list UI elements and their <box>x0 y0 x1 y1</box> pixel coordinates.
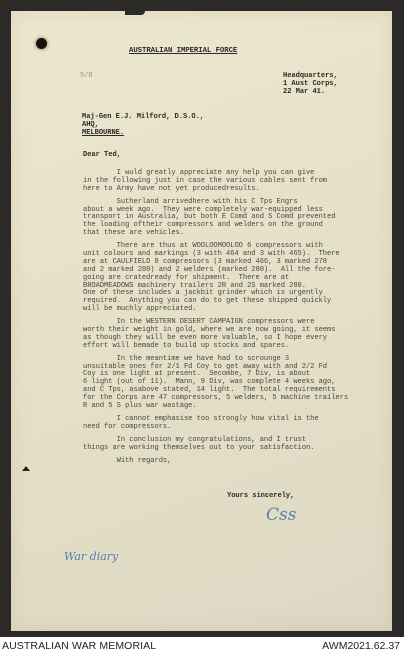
pencil-reference: 9/8 <box>80 72 93 80</box>
recipient-line: Maj-Gen E.J. Milford, D.S.O., <box>82 114 204 122</box>
body-line: that these are vehicles. <box>83 230 348 238</box>
body-line: here to Army have not yet producedresult… <box>83 186 348 194</box>
body-line: things are working themselves out to you… <box>83 445 348 453</box>
body-line: With regards, <box>83 458 348 466</box>
punch-hole <box>36 38 47 49</box>
paper-tear <box>125 11 145 15</box>
signature: Css <box>266 505 296 525</box>
body-line: R and 5 S plus war wastage. <box>83 403 348 411</box>
salutation: Dear Ted, <box>83 152 121 160</box>
handwritten-note: War diary <box>64 550 118 563</box>
ink-blot <box>22 466 30 471</box>
recipient-line: MELBOURNE. <box>82 130 124 138</box>
institution-label: AUSTRALIAN WAR MEMORIAL <box>2 640 156 652</box>
letter-body: I wuld greatly appreciate any help you c… <box>83 170 348 465</box>
body-line: effort will bemade to build up stocks an… <box>83 343 348 351</box>
document-heading: AUSTRALIAN IMPERIAL FORCE <box>129 48 237 56</box>
address-line: 22 Mar 41. <box>283 89 325 97</box>
body-line: will be muchly appreciated. <box>83 306 348 314</box>
closing: Yours sincerely, <box>227 493 294 501</box>
accession-number: AWM2021.62.37 <box>322 640 400 652</box>
body-line: need for compressors. <box>83 424 348 432</box>
